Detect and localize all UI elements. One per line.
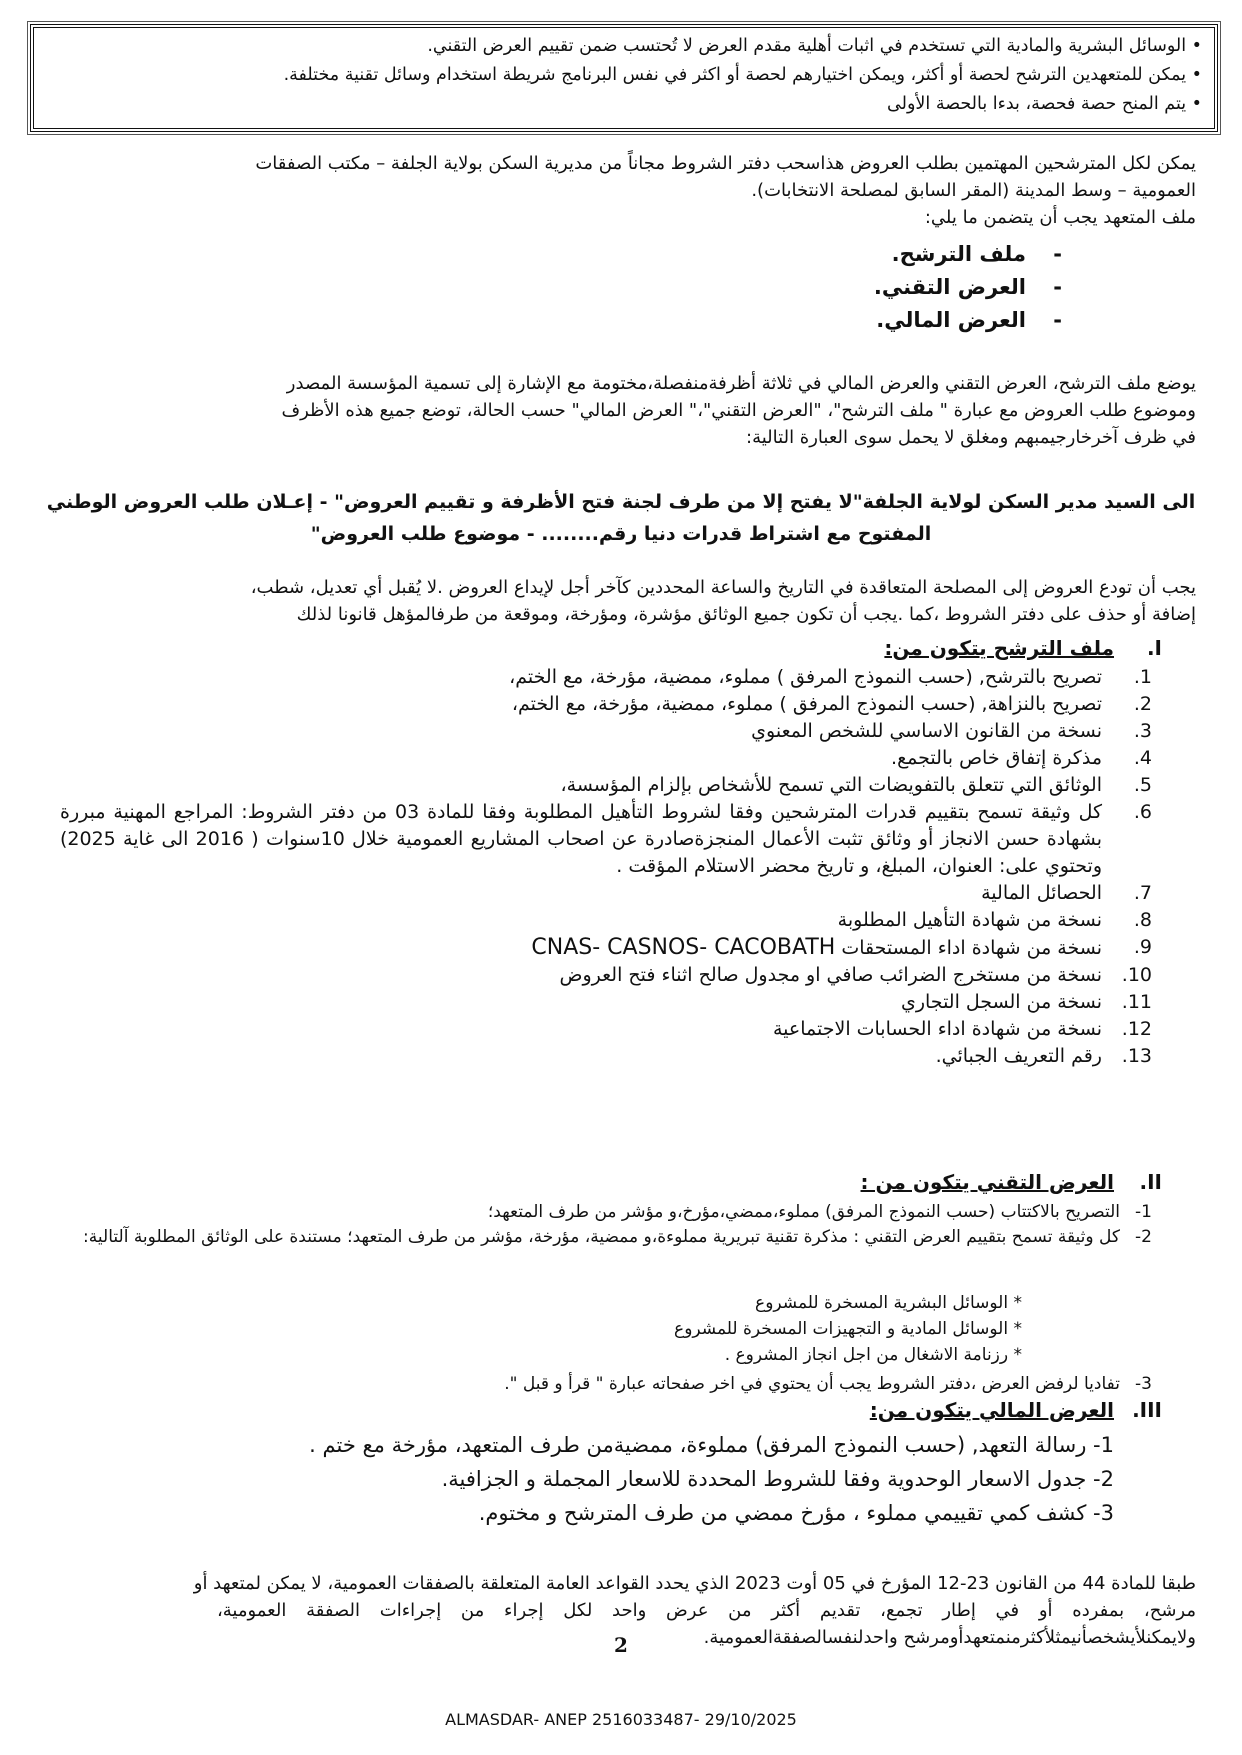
list-item: 6.كل وثيقة تسمح بتقييم قدرات المترشحين و… xyxy=(60,799,1152,880)
envelope-label: الى السيد مدير السكن لولاية الجلفة"لا يف… xyxy=(40,486,1202,550)
list-item: -العرض التقني. xyxy=(874,271,1062,304)
intro-line: يمكن لكل المترشحين المهتمين بطلب العروض … xyxy=(46,150,1196,177)
paragraph-line: طبقا للمادة 44 من القانون 23-12 المؤرخ ف… xyxy=(46,1570,1196,1597)
label-line: المفتوح مع اشتراط قدرات دنيا رقم........… xyxy=(40,518,1202,550)
footer-reference: ALMASDAR- ANEP 2516033487- 29/10/2025 xyxy=(0,1710,1242,1729)
list-item: 3-تفاديا لرفض العرض ،دفتر الشروط يجب أن … xyxy=(46,1372,1152,1397)
section-numeral: I. xyxy=(1114,636,1162,660)
notice-bullet: • يتم المنح حصة فحصة، بدءا بالحصة الأولى xyxy=(46,90,1202,119)
list-item: 3.نسخة من القانون الاساسي للشخص المعنوي xyxy=(60,718,1152,745)
list-item: 2- جدول الاسعار الوحدوية وفقا للشروط الم… xyxy=(309,1462,1114,1496)
required-files-list: -ملف الترشح. -العرض التقني. -العرض المال… xyxy=(874,238,1062,337)
list-item: * رزنامة الاشغال من اجل انجاز المشروع . xyxy=(674,1342,1022,1368)
list-item: 3- كشف كمي تقييمي مملوء ، مؤرخ ممضي من ط… xyxy=(309,1496,1114,1530)
paragraph-line: إضافة أو حذف على دفتر الشروط ،كما .يجب أ… xyxy=(46,601,1196,628)
deposit-paragraph: يجب أن تودع العروض إلى المصلحة المتعاقدة… xyxy=(46,574,1196,628)
list-item: 12.نسخة من شهادة اداء الحسابات الاجتماعي… xyxy=(60,1016,1152,1043)
list-item: 10.نسخة من مستخرج الضرائب صافي او مجدول … xyxy=(60,962,1152,989)
list-item: -ملف الترشح. xyxy=(874,238,1062,271)
list-item: 7.الحصائل المالية xyxy=(60,880,1152,907)
label-line: الى السيد مدير السكن لولاية الجلفة"لا يف… xyxy=(40,486,1202,518)
list-item: 5.الوثائق التي تتعلق بالتفويضات التي تسم… xyxy=(60,772,1152,799)
list-item: 4.مذكرة إتفاق خاص بالتجمع. xyxy=(60,745,1152,772)
section-3-list: 1- رسالة التعهد, (حسب النموذج المرفق) مم… xyxy=(309,1428,1114,1530)
intro-paragraph: يمكن لكل المترشحين المهتمين بطلب العروض … xyxy=(46,150,1196,231)
section-title: العرض المالي يتكون من: xyxy=(870,1398,1114,1422)
section-1-heading: I.ملف الترشح يتكون من: xyxy=(884,636,1162,660)
section-3-heading: III.العرض المالي يتكون من: xyxy=(870,1398,1162,1422)
paragraph-line: في ظرف آخرخارجيمبهم ومغلق لا يحمل سوى ال… xyxy=(46,424,1196,451)
document-page: • الوسائل البشرية والمادية التي تستخدم ف… xyxy=(0,0,1242,1755)
section-numeral: III. xyxy=(1114,1398,1162,1422)
paragraph-line: وموضوع طلب العروض مع عبارة " ملف الترشح"… xyxy=(46,397,1196,424)
list-item: 2.تصريح بالنزاهة, (حسب النموذج المرفق ) … xyxy=(60,691,1152,718)
list-item: * الوسائل البشرية المسخرة للمشروع xyxy=(674,1290,1022,1316)
paragraph-line: مرشح، بمفرده أو في إطار تجمع، تقديم أكثر… xyxy=(46,1597,1196,1624)
list-item: 13.رقم التعريف الجبائي. xyxy=(60,1043,1152,1070)
envelopes-paragraph: يوضع ملف الترشح، العرض التقني والعرض الم… xyxy=(46,370,1196,451)
paragraph-line: يجب أن تودع العروض إلى المصلحة المتعاقدة… xyxy=(46,574,1196,601)
notice-bullet: • الوسائل البشرية والمادية التي تستخدم ف… xyxy=(46,32,1202,61)
intro-line: العمومية – وسط المدينة (المقر السابق لمص… xyxy=(46,177,1196,204)
notice-box: • الوسائل البشرية والمادية التي تستخدم ف… xyxy=(30,24,1218,132)
paragraph-line: يوضع ملف الترشح، العرض التقني والعرض الم… xyxy=(46,370,1196,397)
page-number: 2 xyxy=(0,1633,1242,1657)
section-2-list: 1-التصريح بالاكتتاب (حسب النموذج المرفق)… xyxy=(46,1200,1152,1250)
section-title: العرض التقني يتكون من : xyxy=(861,1170,1114,1194)
list-item: -العرض المالي. xyxy=(874,304,1062,337)
section-1-list: 1.تصريح بالترشح, (حسب النموذج المرفق ) م… xyxy=(60,664,1152,1070)
section-numeral: II. xyxy=(1114,1170,1162,1194)
notice-bullet: • يمكن للمتعهدين الترشح لحصة أو أكثر، وي… xyxy=(46,61,1202,90)
list-item: 8.نسخة من شهادة التأهيل المطلوبة xyxy=(60,907,1152,934)
list-item: 1.تصريح بالترشح, (حسب النموذج المرفق ) م… xyxy=(60,664,1152,691)
list-item: 2-كل وثيقة تسمح بتقييم العرض التقني : مذ… xyxy=(46,1225,1152,1250)
list-item: 9.نسخة من شهادة اداء المستحقات CNAS- CAS… xyxy=(60,934,1152,962)
section-2-stars: * الوسائل البشرية المسخرة للمشروع * الوس… xyxy=(674,1290,1022,1368)
section-2-heading: II.العرض التقني يتكون من : xyxy=(861,1170,1162,1194)
section-title: ملف الترشح يتكون من: xyxy=(884,636,1114,660)
list-item: 1- رسالة التعهد, (حسب النموذج المرفق) مم… xyxy=(309,1428,1114,1462)
section-2-item-3: 3-تفاديا لرفض العرض ،دفتر الشروط يجب أن … xyxy=(46,1372,1152,1397)
intro-line: ملف المتعهد يجب أن يتضمن ما يلي: xyxy=(46,204,1196,231)
list-item: 11.نسخة من السجل التجاري xyxy=(60,989,1152,1016)
list-item: * الوسائل المادية و التجهيزات المسخرة لل… xyxy=(674,1316,1022,1342)
list-item: 1-التصريح بالاكتتاب (حسب النموذج المرفق)… xyxy=(46,1200,1152,1225)
